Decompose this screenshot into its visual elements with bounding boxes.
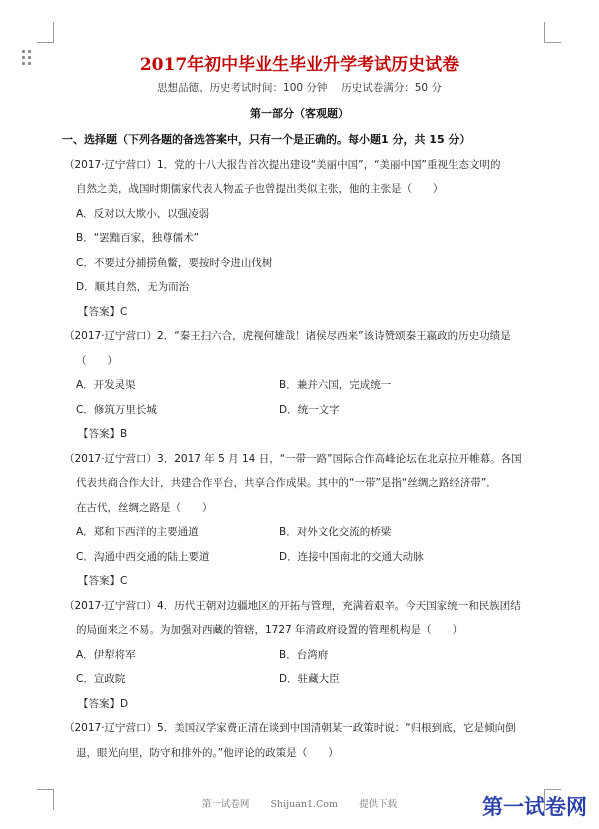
question-text: （2017·辽宁营口）1．党的十八大报告首次提出建设“美丽中国”，“美丽中国”重…: [64, 153, 580, 178]
question-text: （ ）: [76, 349, 580, 374]
footer-provided: 提供下载: [359, 799, 397, 810]
question-text: （2017·辽宁营口）5．美国汉学家费正清在谈到中国清朝某一政策时说：“归根到底…: [64, 716, 580, 741]
answer: 【答案】B: [78, 422, 580, 447]
crop-mark-top-left: [37, 22, 54, 43]
option-b: B．兼并六国，完成统一: [279, 373, 482, 398]
answer: 【答案】D: [78, 692, 580, 717]
question-text: 退，眼光向里，防守和排外的。”他评论的政策是（ ）: [76, 741, 580, 766]
question-5: （2017·辽宁营口）5．美国汉学家费正清在谈到中国清朝某一政策时说：“归根到底…: [60, 716, 580, 765]
question-4: （2017·辽宁营口）4．历代王朝对边疆地区的开拓与管理，充满着艰辛。今天国家统…: [60, 594, 580, 717]
option-a: A．反对以大欺小、以强凌弱: [76, 202, 580, 227]
option-d: D．连接中国南北的交通大动脉: [279, 545, 482, 570]
question-text: （2017·辽宁营口）3．2017 年 5 月 14 日，“一带一路”国际合作高…: [64, 447, 580, 472]
footer-site-url: Shijuan1.Com: [270, 799, 338, 810]
footer-site-name: 第一试卷网: [202, 799, 250, 810]
answer: 【答案】C: [78, 300, 580, 325]
option-d: D．驻藏大臣: [279, 667, 482, 692]
question-text: （2017·辽宁营口）2．“秦王扫六合，虎视何雄哉！诸侯尽西来”该诗赞颂秦王嬴政…: [64, 324, 580, 349]
question-text: 代表共商合作大计，共建合作平台，共享合作成果。其中的“一带”是指“丝绸之路经济带…: [76, 471, 580, 496]
question-text: 自然之美，战国时期儒家代表人物孟子也曾提出类似主张，他的主张是（ ）: [76, 177, 580, 202]
watermark-logo: 第一试卷网: [482, 791, 587, 821]
question-text: （2017·辽宁营口）4．历代王朝对边疆地区的开拓与管理，充满着艰辛。今天国家统…: [64, 594, 580, 619]
document-title: 2017年初中毕业生毕业升学考试历史试卷: [0, 50, 599, 75]
option-b: B．对外文化交流的桥梁: [279, 520, 482, 545]
option-b: B．台湾府: [279, 643, 482, 668]
document-body: 一、选择题（下列各题的备选答案中，只有一个是正确的。每小题1 分，共 15 分）…: [60, 128, 580, 765]
option-d: D．顺其自然，无为而治: [76, 275, 580, 300]
option-a: A．开发灵渠: [76, 373, 279, 398]
question-3: （2017·辽宁营口）3．2017 年 5 月 14 日，“一带一路”国际合作高…: [60, 447, 580, 594]
option-b: B．“罢黜百家，独尊儒术”: [76, 226, 580, 251]
option-a: A．郑和下西洋的主要通道: [76, 520, 279, 545]
question-text: 在古代，丝绸之路是（ ）: [76, 496, 580, 521]
exam-info: 思想品德、历史考试时间：100 分钟 历史试卷满分：50 分: [0, 80, 599, 95]
option-c: C．沟通中西交通的陆上要道: [76, 545, 279, 570]
option-c: C．修筑万里长城: [76, 398, 279, 423]
question-text: 的局面来之不易。为加强对西藏的管辖，1727 年清政府设置的管理机构是（ ）: [76, 618, 580, 643]
question-2: （2017·辽宁营口）2．“秦王扫六合，虎视何雄哉！诸侯尽西来”该诗赞颂秦王嬴政…: [60, 324, 580, 447]
option-a: A．伊犁将军: [76, 643, 279, 668]
option-c: C．不要过分捕捞鱼鳖，要按时令进山伐树: [76, 251, 580, 276]
option-c: C．宣政院: [76, 667, 279, 692]
option-d: D．统一文字: [279, 398, 482, 423]
crop-mark-top-right: [544, 22, 561, 43]
answer: 【答案】C: [78, 569, 580, 594]
section-heading: 一、选择题（下列各题的备选答案中，只有一个是正确的。每小题1 分，共 15 分）: [62, 128, 580, 153]
question-1: （2017·辽宁营口）1．党的十八大报告首次提出建设“美丽中国”，“美丽中国”重…: [60, 153, 580, 325]
part-heading: 第一部分（客观题）: [0, 105, 599, 121]
